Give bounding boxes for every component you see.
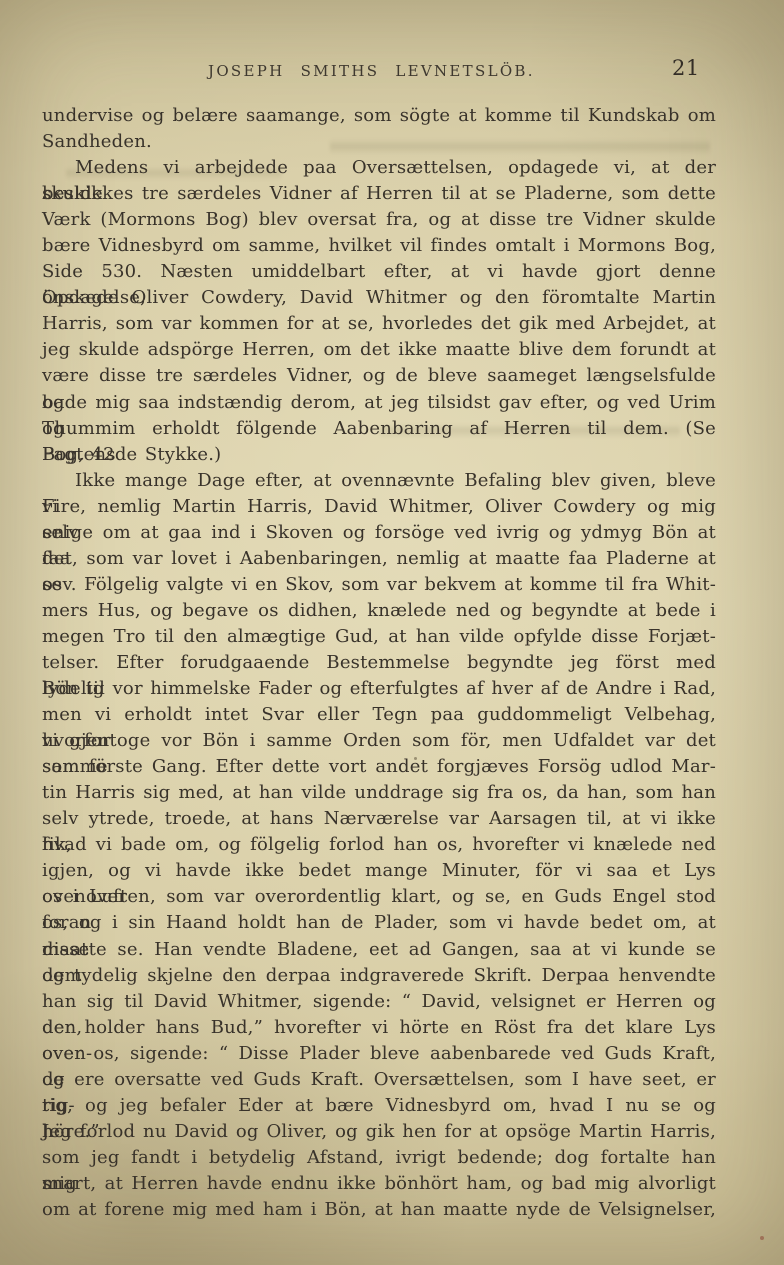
- text-line: om at forene mig med ham i Bön, at han m…: [42, 1197, 716, 1223]
- text-line: Ikke mange Dage efter, at ovennævnte Bef…: [42, 468, 716, 494]
- running-header-title: JOSEPH SMITHS LEVNETSLÖB.: [208, 62, 535, 80]
- text-line: der holder hans Bud,” hvorefter vi hörte…: [42, 1015, 716, 1041]
- text-line: önskede Oliver Cowdery, David Whitmer og…: [42, 285, 716, 311]
- text-line: megen Tro til den almægtige Gud, at han …: [42, 624, 716, 650]
- text-line: Bön til vor himmelske Fader og efterfulg…: [42, 676, 716, 702]
- text-line: de ere oversatte ved Guds Kraft. Oversæt…: [42, 1067, 716, 1093]
- scanned-book-page: JOSEPH SMITHS LEVNETSLÖB. 21 undervise o…: [0, 0, 784, 1265]
- text-line: jeg skulde adspörge Herren, om det ikke …: [42, 337, 716, 363]
- text-line: tig, og jeg befaler Eder at bære Vidnesb…: [42, 1093, 716, 1119]
- text-line: osv. Fölgelig valgte vi en Skov, som var…: [42, 572, 716, 598]
- text-line: maatte se. Han vendte Bladene, eet ad Ga…: [42, 937, 716, 963]
- body-text: undervise og belære saamange, som sögte …: [42, 103, 716, 1223]
- paper-speck: [760, 1236, 764, 1240]
- text-line: hvad vi bade om, og fölgelig forlod han …: [42, 832, 716, 858]
- text-line: os, og i sin Haand holdt han de Plader, …: [42, 910, 716, 936]
- text-line: bære Vidnesbyrd om samme, hvilket vil fi…: [42, 233, 716, 259]
- text-line: tin Harris sig med, at han vilde unddrag…: [42, 780, 716, 806]
- text-line: det, som var lovet i Aabenbaringen, neml…: [42, 546, 716, 572]
- text-line: Værk (Mormons Bog) blev oversat fra, og …: [42, 207, 716, 233]
- text-line: selv ytrede, troede, at hans Nærværelse …: [42, 806, 716, 832]
- text-line: mers Hus, og begave os didhen, knælede n…: [42, 598, 716, 624]
- text-line: han sig til David Whitmer, sigende: “ Da…: [42, 989, 716, 1015]
- text-line: undervise og belære saamange, som sögte …: [42, 103, 716, 129]
- text-line: igjen, og vi havde ikke bedet mange Minu…: [42, 858, 716, 884]
- text-line: enige om at gaa ind i Skoven og forsöge …: [42, 520, 716, 546]
- text-line: vi gjentoge vor Bön i samme Orden som fö…: [42, 728, 716, 754]
- text-line: beskikkes tre særdeles Vidner af Herren …: [42, 181, 716, 207]
- text-line: Thummim erholdt fölgende Aabenbaring af …: [42, 416, 716, 442]
- text-line: og tydelig skjelne den derpaa indgravere…: [42, 963, 716, 989]
- page-number: 21: [672, 56, 700, 80]
- text-line: over os, sigende: “ Disse Plader bleve a…: [42, 1041, 716, 1067]
- text-line: Medens vi arbejdede paa Oversættelsen, o…: [42, 155, 716, 181]
- text-line: som jeg fandt i betydelig Afstand, ivrig…: [42, 1145, 716, 1171]
- text-line: men vi erholdt intet Svar eller Tegn paa…: [42, 702, 716, 728]
- text-line: Fire, nemlig Martin Harris, David Whitme…: [42, 494, 716, 520]
- text-line: Sandheden.: [42, 129, 716, 155]
- text-line: os i Luften, som var overordentlig klart…: [42, 884, 716, 910]
- text-line: snart, at Herren havde endnu ikke bönhör…: [42, 1171, 716, 1197]
- text-line: Jeg forlod nu David og Oliver, og gik he…: [42, 1119, 716, 1145]
- text-line: bade mig saa indstændig derom, at jeg ti…: [42, 390, 716, 416]
- text-line: telser. Efter forudgaaende Bestemmelse b…: [42, 650, 716, 676]
- text-line: Harris, som var kommen for at se, hvorle…: [42, 311, 716, 337]
- text-line: som förste Gang. Efter dette vort andet …: [42, 754, 716, 780]
- text-line: være disse tre særdeles Vidner, og de bl…: [42, 363, 716, 389]
- text-line: Side 530. Næsten umiddelbart efter, at v…: [42, 259, 716, 285]
- text-line: Bog, 42de Stykke.): [42, 442, 716, 468]
